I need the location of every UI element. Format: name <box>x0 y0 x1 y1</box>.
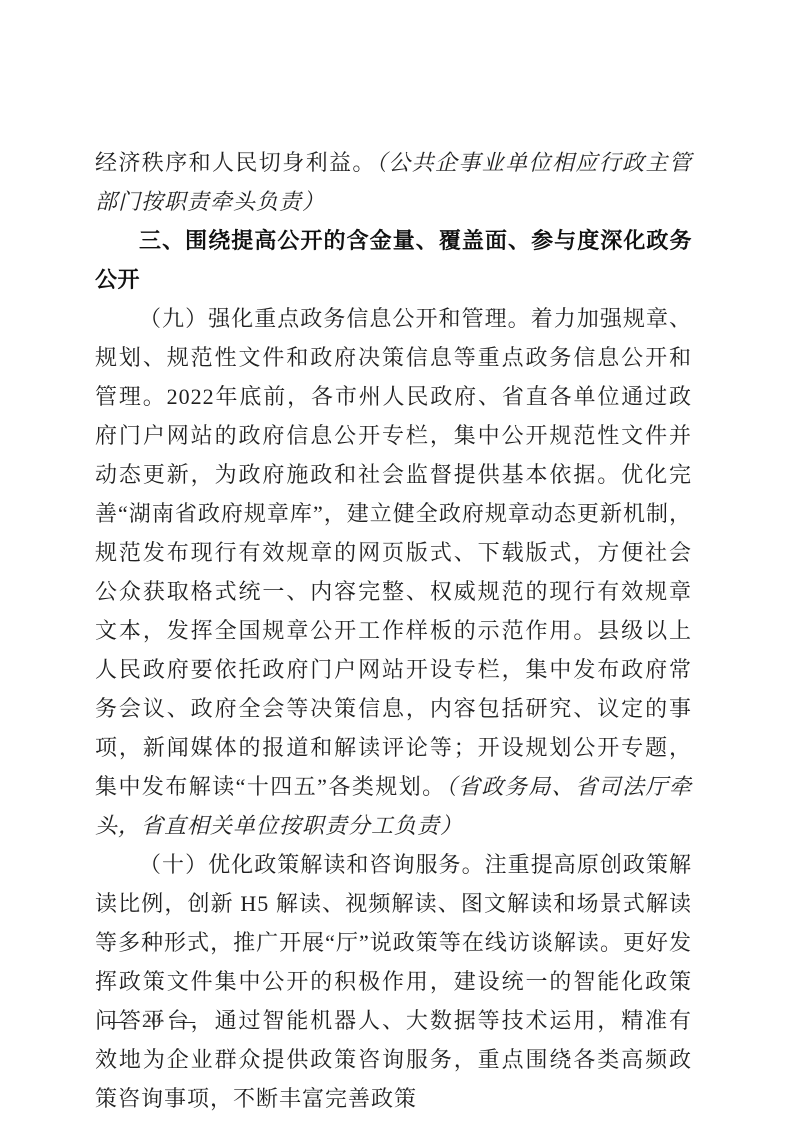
body-text: （十）优化政策解读和咨询服务。注重提高原创政策解读比例，创新 H5 解读、视频解… <box>95 852 692 1111</box>
continuation-paragraph: 经济秩序和人民切身利益。（公共企事业单位相应行政主管部门按职责牵头负责） <box>95 143 692 221</box>
body-text: 经济秩序和人民切身利益。 <box>95 150 376 175</box>
footer-right-dash: — <box>176 1010 195 1034</box>
item-9-paragraph: （九）强化重点政务信息公开和管理。着力加强规章、规划、规范性文件和政府决策信息等… <box>95 299 692 845</box>
item-10-paragraph: （十）优化政策解读和咨询服务。注重提高原创政策解读比例，创新 H5 解读、视频解… <box>95 845 692 1118</box>
page-number: 20 <box>142 1010 161 1034</box>
body-text: （九）强化重点政务信息公开和管理。着力加强规章、规划、规范性文件和政府决策信息等… <box>95 306 692 799</box>
section-heading: 三、围绕提高公开的含金量、覆盖面、参与度深化政务公开 <box>95 221 692 299</box>
footer-left-dash: — <box>108 1010 127 1034</box>
page-number-footer: — 20 — <box>108 1010 195 1034</box>
document-body: 经济秩序和人民切身利益。（公共企事业单位相应行政主管部门按职责牵头负责） 三、围… <box>95 143 692 1118</box>
document-page: 经济秩序和人民切身利益。（公共企事业单位相应行政主管部门按职责牵头负责） 三、围… <box>0 0 790 1121</box>
